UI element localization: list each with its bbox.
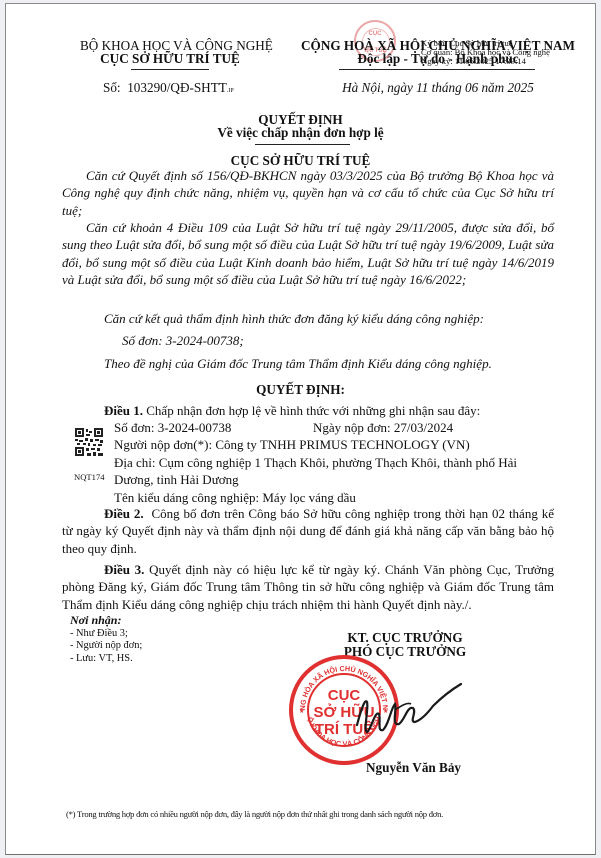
- article-1-label: Điều 1.: [104, 403, 143, 418]
- address-line-1: Địa chỉ: Cụm công nghiệp 1 Thạch Khôi, p…: [114, 455, 517, 471]
- preamble-1: Căn cứ Quyết định số 156/QĐ-BKHCN ngày 0…: [62, 167, 554, 219]
- decision-section-heading: QUYẾT ĐỊNH:: [0, 382, 601, 398]
- digital-signature-info: Ký bởi: Cục Sở hữu trí tuệ Cơ quan: Bộ K…: [421, 39, 550, 66]
- subject-underline: [255, 144, 350, 145]
- place-and-date: Hà Nội, ngày 11 tháng 06 năm 2025: [283, 80, 593, 96]
- small-seal-top: CỤC: [356, 31, 394, 37]
- recipients-title: Nơi nhận:: [70, 613, 121, 628]
- recipient-item: - Người nộp đơn;: [70, 640, 142, 652]
- motto-underline: [339, 69, 535, 70]
- footnote: (*) Trong trường hợp đơn có nhiều người …: [66, 809, 443, 819]
- article-3: Điều 3. Quyết định này có hiệu lực kể từ…: [62, 561, 554, 613]
- article-1-text: Chấp nhận đơn hợp lệ về hình thức với nh…: [146, 403, 480, 418]
- decision-subject: Về việc chấp nhận đơn hợp lệ: [0, 125, 601, 141]
- article-2-label: Điều 2.: [104, 506, 144, 521]
- design-name: Tên kiểu dáng công nghiệp: Máy lọc váng …: [114, 490, 356, 506]
- document-number-label: Số:: [103, 80, 121, 95]
- preamble-application-number: Số đơn: 3-2024-00738;: [122, 333, 244, 349]
- signed-at: Ngày ký: 11.06.2025 17:39:14: [421, 57, 550, 66]
- article-1: Điều 1. Chấp nhận đơn hợp lệ về hình thứ…: [104, 403, 480, 419]
- qr-code-label: NQT174: [74, 472, 105, 482]
- article-2: Điều 2. Công bố đơn trên Công báo Sở hữu…: [62, 505, 554, 557]
- article-3-label: Điều 3.: [104, 562, 144, 577]
- preamble-2: Căn cứ khoản 4 Điều 109 của Luật Sở hữu …: [62, 219, 554, 289]
- recipient-item: - Lưu: VT, HS.: [70, 653, 142, 665]
- recipient-item: - Như Điều 3;: [70, 628, 142, 640]
- handwritten-signature-icon: [355, 680, 465, 740]
- filing-date: Ngày nộp đơn: 27/03/2024: [313, 420, 453, 436]
- preamble-3: Căn cứ kết quả thẩm định hình thức đơn đ…: [104, 311, 484, 327]
- preamble-4: Theo đề nghị của Giám đốc Trung tâm Thẩm…: [104, 356, 492, 372]
- document-number-value: 103290/QĐ-SHTT: [127, 80, 227, 95]
- qr-code-icon: [75, 428, 103, 458]
- agency-underline: [131, 69, 209, 70]
- document-number-suffix: .IP: [227, 88, 234, 94]
- agency-name: CỤC SỞ HỮU TRÍ TUỆ: [80, 51, 260, 67]
- signatory-name: Nguyễn Văn Bảy: [366, 760, 461, 776]
- applicant: Người nộp đơn(*): Công ty TNHH PRIMUS TE…: [114, 437, 470, 453]
- document-number: Số: 103290/QĐ-SHTT.IP: [103, 80, 234, 96]
- application-number: Số đơn: 3-2024-00738: [114, 420, 231, 436]
- address-line-2: Dương, tỉnh Hải Dương: [114, 472, 239, 488]
- recipients-list: - Như Điều 3; - Người nộp đơn; - Lưu: VT…: [70, 628, 142, 665]
